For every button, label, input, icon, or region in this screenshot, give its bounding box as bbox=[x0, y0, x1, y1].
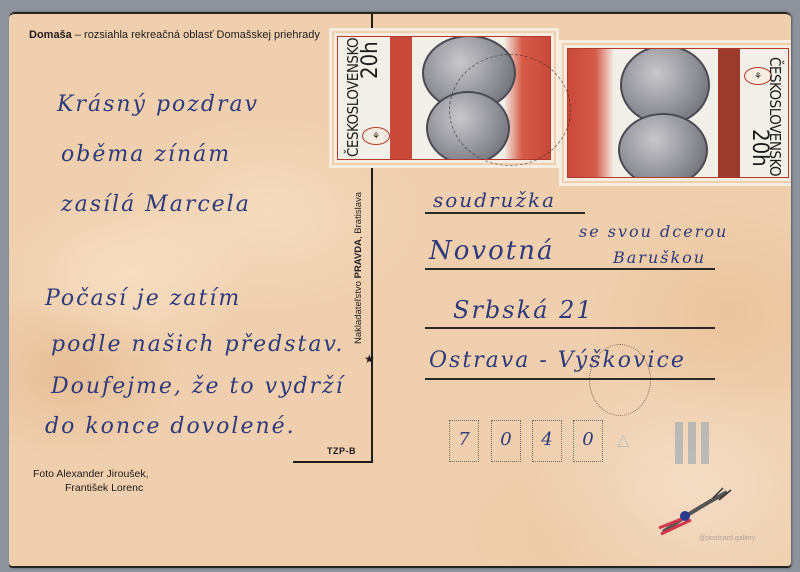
postal-code-box: 4 bbox=[532, 420, 562, 462]
postal-bar-mark bbox=[675, 422, 683, 464]
postal-code-box: 0 bbox=[573, 420, 603, 462]
photo-credit: Foto Alexander Jiroušek, František Loren… bbox=[33, 467, 149, 495]
message-line-3: zasílá Marcela bbox=[61, 192, 251, 217]
address-street: Srbská 21 bbox=[453, 296, 594, 324]
message-line-7: do konce dovolené. bbox=[45, 414, 296, 439]
postal-code-box: 0 bbox=[491, 420, 521, 462]
postal-bar-mark bbox=[701, 422, 709, 464]
publisher-city: , Bratislava bbox=[353, 192, 364, 239]
stamp-value: 20h bbox=[358, 41, 383, 79]
postal-code-box: 7 bbox=[449, 420, 479, 462]
postcard: Domaša – rozsiahla rekreačná oblasť Doma… bbox=[9, 12, 791, 568]
coin-image bbox=[618, 113, 708, 178]
postal-code-digit: 0 bbox=[492, 429, 520, 450]
message-line-6: Doufejme, že to vydrží bbox=[51, 374, 345, 399]
bottom-divider bbox=[293, 461, 373, 463]
postal-code-digit: 7 bbox=[450, 429, 478, 450]
address-line bbox=[425, 378, 715, 380]
recycle-icon: △ bbox=[617, 430, 629, 450]
postmark bbox=[449, 54, 571, 166]
postage-stamp-2: ⚘ ČESKOSLOVENSKO 20h bbox=[559, 40, 791, 186]
postal-code-digit: 4 bbox=[533, 429, 561, 450]
publisher-prefix: Nakladateľstvo bbox=[353, 278, 364, 344]
print-code: TZP-B bbox=[327, 446, 356, 456]
message-line-1: Krásný pozdrav bbox=[57, 92, 259, 117]
stamp-logo-icon: ⚘ bbox=[362, 127, 390, 145]
address-note-top: se svou dcerou bbox=[579, 222, 728, 241]
address-name: Novotná bbox=[429, 236, 554, 266]
address-line bbox=[425, 268, 715, 270]
star-icon: ★ bbox=[364, 352, 375, 366]
postal-bar-mark bbox=[688, 422, 696, 464]
address-line bbox=[425, 212, 585, 214]
message-line-2: oběma zínám bbox=[61, 142, 231, 167]
publisher-imprint: Nakladateľstvo PRAVDA, Bratislava bbox=[353, 192, 364, 344]
stamp-value: 20h bbox=[747, 129, 772, 167]
message-line-4: Počasí je zatím bbox=[45, 286, 241, 311]
photo-credit-line-1: Foto Alexander Jiroušek, bbox=[33, 468, 149, 480]
message-line-5: podle našich představ. bbox=[51, 332, 344, 357]
photo-credit-line-2: František Lorenc bbox=[33, 481, 149, 495]
address-city: Ostrava - Výškovice bbox=[429, 348, 686, 373]
address-note-bottom: Baruškou bbox=[613, 248, 706, 267]
watermark: @postcard.gallery bbox=[699, 535, 756, 542]
caption-place: Domaša bbox=[29, 29, 72, 41]
publisher-name: PRAVDA bbox=[353, 239, 364, 278]
caption-description: – rozsiahla rekreačná oblasť Domašskej p… bbox=[72, 29, 320, 41]
address-line bbox=[425, 327, 715, 329]
postal-code-digit: 0 bbox=[574, 429, 602, 450]
address-salutation: soudružka bbox=[433, 188, 556, 212]
caption: Domaša – rozsiahla rekreačná oblasť Doma… bbox=[29, 28, 359, 43]
